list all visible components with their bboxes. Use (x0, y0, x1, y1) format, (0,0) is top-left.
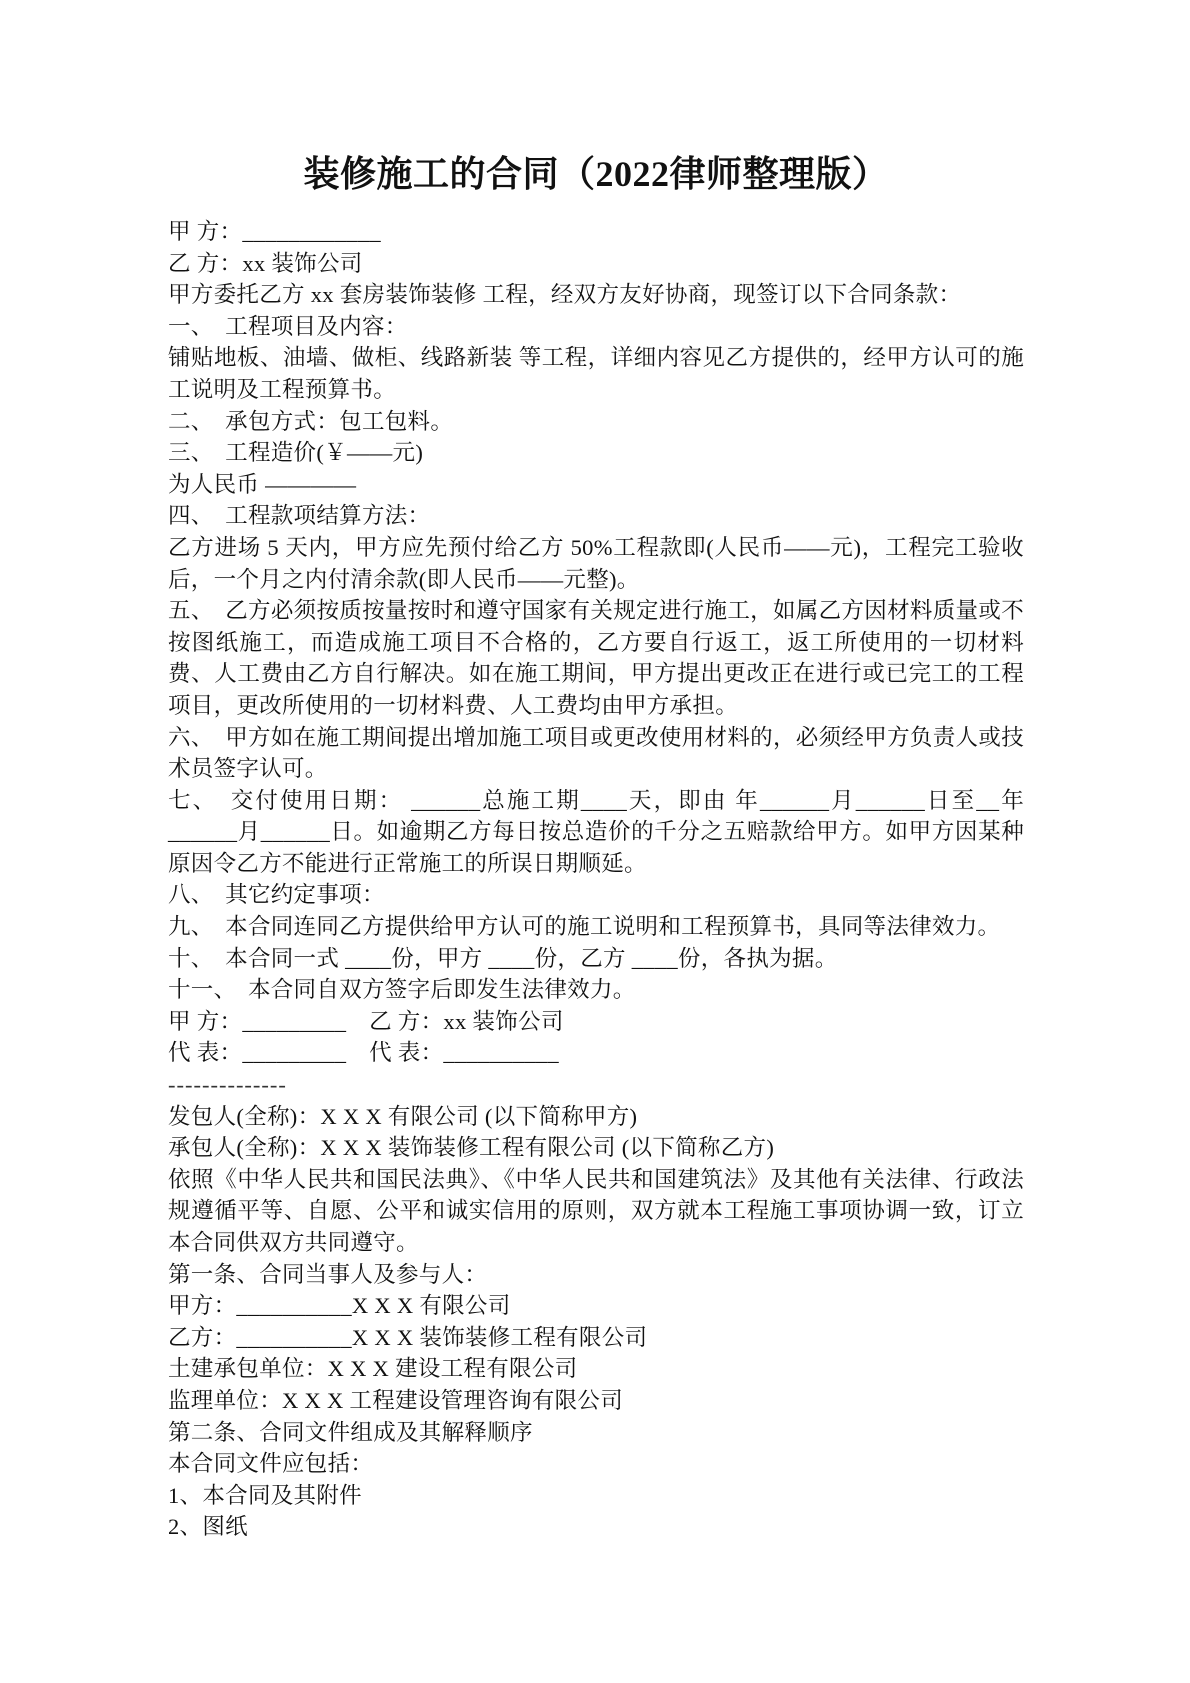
contractor-full-name-line: 承包人(全称)：X X X 装饰装修工程有限公司 (以下简称乙方) (168, 1132, 1024, 1164)
clause-5-line: 五、 乙方必须按质按量按时和遵守国家有关规定进行施工，如属乙方因材料质量或不按图… (168, 595, 1024, 721)
contract-document-page: 装修施工的合同（2022律师整理版） 甲 方：____________ 乙 方：… (0, 0, 1190, 1683)
article-1-party-a-line: 甲方：__________X X X 有限公司 (168, 1290, 1024, 1322)
article-1-heading: 第一条、合同当事人及参与人： (168, 1259, 1024, 1291)
party-a-blank-line: 甲 方：____________ (168, 216, 1024, 248)
article-2-item-2: 2、图纸 (168, 1511, 1024, 1543)
article-2-item-1: 1、本合同及其附件 (168, 1480, 1024, 1512)
preamble-line: 甲方委托乙方 xx 套房装饰装修 工程，经双方友好协商，现签订以下合同条款： (168, 279, 1024, 311)
employer-full-name-line: 发包人(全称)：X X X 有限公司 (以下简称甲方) (168, 1101, 1024, 1133)
clause-6-line: 六、 甲方如在施工期间提出增加施工项目或更改使用材料的，必须经甲方负责人或技术员… (168, 722, 1024, 785)
supervision-unit-line: 监理单位：X X X 工程建设管理咨询有限公司 (168, 1385, 1024, 1417)
article-2-heading: 第二条、合同文件组成及其解释顺序 (168, 1417, 1024, 1449)
party-b-line: 乙 方：xx 装饰公司 (168, 248, 1024, 280)
document-title: 装修施工的合同（2022律师整理版） (168, 150, 1024, 198)
clause-11-line: 十一、 本合同自双方签字后即发生法律效力。 (168, 974, 1024, 1006)
document-content: 装修施工的合同（2022律师整理版） 甲 方：____________ 乙 方：… (168, 150, 1024, 1543)
civil-works-contractor-line: 土建承包单位：X X X 建设工程有限公司 (168, 1353, 1024, 1385)
clause-8-line: 八、 其它约定事项： (168, 879, 1024, 911)
article-2-intro-line: 本合同文件应包括： (168, 1448, 1024, 1480)
clause-1-body: 铺贴地板、油墙、做柜、线路新装 等工程，详细内容见乙方提供的，经甲方认可的施工说… (168, 342, 1024, 405)
signature-representatives-line: 代 表：_________ 代 表：__________ (168, 1037, 1024, 1069)
clause-4-body: 乙方进场 5 天内，甲方应先预付给乙方 50%工程款即(人民币——元)，工程完工… (168, 532, 1024, 595)
legal-basis-paragraph: 依照《中华人民共和国民法典》、《中华人民共和国建筑法》及其他有关法律、行政法规遵… (168, 1164, 1024, 1259)
clause-10-line: 十、 本合同一式 ____份，甲方 ____份，乙方 ____份，各执为据。 (168, 943, 1024, 975)
section-separator-dashes: -------------- (168, 1069, 1024, 1101)
clause-3-amount-line: 为人民币 ———— (168, 469, 1024, 501)
clause-3-line: 三、 工程造价(￥——元) (168, 437, 1024, 469)
clause-7-line: 七、 交付使用日期： ______总施工期____天，即由 年______月__… (168, 785, 1024, 880)
clause-4-heading: 四、 工程款项结算方法： (168, 500, 1024, 532)
clause-2-line: 二、 承包方式：包工包料。 (168, 406, 1024, 438)
article-1-party-b-line: 乙方：__________X X X 装饰装修工程有限公司 (168, 1322, 1024, 1354)
signature-parties-line: 甲 方：_________ 乙 方：xx 装饰公司 (168, 1006, 1024, 1038)
clause-1-heading: 一、 工程项目及内容： (168, 311, 1024, 343)
clause-9-line: 九、 本合同连同乙方提供给甲方认可的施工说明和工程预算书，具同等法律效力。 (168, 911, 1024, 943)
